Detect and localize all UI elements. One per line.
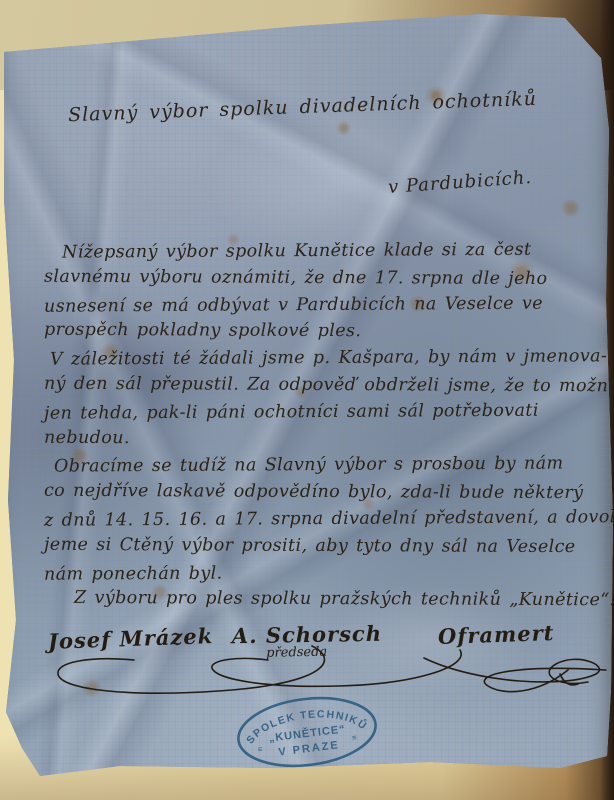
handwriting-line: nebudou. <box>44 424 600 453</box>
handwriting-line: V záležitosti té žádali jsme p. Kašpara,… <box>44 343 600 373</box>
photograph: Slavný výbor spolku divadelních ochotník… <box>0 0 614 800</box>
letter-body: Nížepsaný výbor spolku Kunětice klade si… <box>44 238 600 613</box>
handwriting-line: slavnému výboru oznámiti, že dne 17. srp… <box>44 264 600 293</box>
handwriting-line: Obracíme se tudíž na Slavný výbor s pros… <box>44 451 600 481</box>
handwriting-line: co nejdříve laskavě odpovědíno bylo, zda… <box>44 478 600 507</box>
handwriting-line: z dnů 14. 15. 16. a 17. srpna divadelní … <box>44 504 600 534</box>
handwriting-line: Z výboru pro ples spolku pražských techn… <box>44 585 600 614</box>
stamp-side-mark-right: ≡ <box>352 733 358 743</box>
signature-center: A. Schorsch předseda <box>232 621 383 662</box>
signature-name: Oframert <box>438 620 555 649</box>
handwriting-line: jeme si Ctěný výbor prositi, aby tyto dn… <box>44 532 600 561</box>
handwriting-line: nám ponechán byl. <box>44 558 600 588</box>
stamp-side-mark-left: ≡ <box>257 745 263 755</box>
signature-right: Oframert <box>438 620 555 649</box>
handwriting-line: jen tehda, pak-li páni ochotníci sami sá… <box>44 397 600 427</box>
handwriting-line: ný den sál přepustil. Za odpověď obdržel… <box>44 371 600 400</box>
signature-role: předseda <box>266 644 382 661</box>
handwriting-line: usnesení se má odbývat v Pardubicích na … <box>44 290 600 320</box>
handwriting-line: prospěch pokladny spolkové ples. <box>44 317 600 346</box>
handwriting-line: Nížepsaný výbor spolku Kunětice klade si… <box>44 236 600 266</box>
